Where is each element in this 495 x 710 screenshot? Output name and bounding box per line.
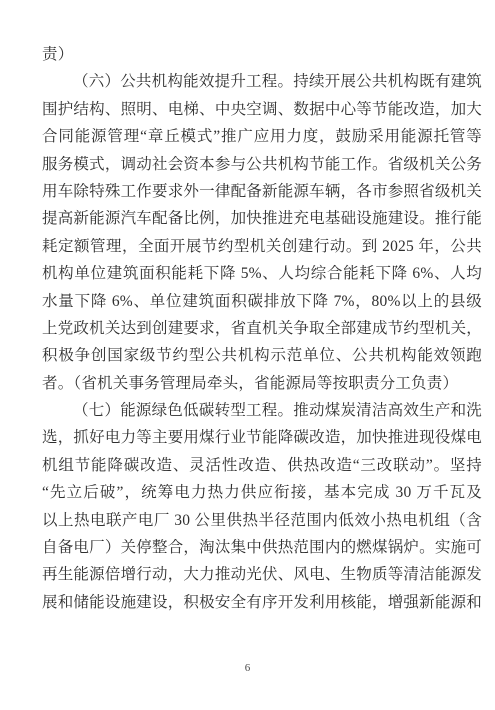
doc-line: 以上热电联产电厂 30 公里供热半径范围内低效小热电机组（含	[42, 507, 482, 534]
doc-line: 责）	[42, 41, 482, 68]
doc-line: 展和储能设施建设，积极安全有序开发利用核能，增强新能源和	[42, 589, 482, 616]
doc-line: 服务模式，调动社会资本参与公共机构节能工作。省级机关公务	[42, 151, 482, 178]
doc-line: “先立后破”，统筹电力热力供应衔接，基本完成 30 万千瓦及	[42, 479, 482, 506]
doc-line: 合同能源管理“章丘模式”推广应用力度，鼓励采用能源托管等	[42, 123, 482, 150]
doc-line: （七）能源绿色低碳转型工程。推动煤炭清洁高效生产和洗	[42, 397, 482, 424]
doc-line: 耗定额管理，全面开展节约型机关创建行动。到 2025 年，公共	[42, 233, 482, 260]
doc-line: 积极争创国家级节约型公共机构示范单位、公共机构能效领跑	[42, 342, 482, 369]
doc-line: 选，抓好电力等主要用煤行业节能降碳改造，加快推进现役煤电	[42, 424, 482, 451]
doc-line: 再生能源倍增行动，大力推动光伏、风电、生物质等清洁能源发	[42, 561, 482, 588]
doc-line: 机组节能降碳改造、灵活性改造、供热改造“三改联动”。坚持	[42, 452, 482, 479]
doc-line: 者。（省机关事务管理局牵头，省能源局等按职责分工负责）	[42, 370, 482, 397]
doc-line: 提高新能源汽车配备比例，加快推进充电基础设施建设。推行能	[42, 205, 482, 232]
document-body: 责）（六）公共机构能效提升工程。持续开展公共机构既有建筑围护结构、照明、电梯、中…	[42, 41, 482, 616]
page-number: 6	[0, 662, 495, 674]
document-page: 责）（六）公共机构能效提升工程。持续开展公共机构既有建筑围护结构、照明、电梯、中…	[0, 0, 495, 710]
doc-line: 上党政机关达到创建要求，省直机关争取全部建成节约型机关，	[42, 315, 482, 342]
doc-line: 自备电厂）关停整合，淘汰集中供热范围内的燃煤锅炉。实施可	[42, 534, 482, 561]
doc-line: 机构单位建筑面积能耗下降 5%、人均综合能耗下降 6%、人均用	[42, 260, 482, 287]
doc-line: 用车除特殊工作要求外一律配备新能源车辆，各市参照省级机关	[42, 178, 482, 205]
doc-line: （六）公共机构能效提升工程。持续开展公共机构既有建筑	[42, 68, 482, 95]
doc-line: 围护结构、照明、电梯、中央空调、数据中心等节能改造，加大	[42, 96, 482, 123]
doc-line: 水量下降 6%、单位建筑面积碳排放下降 7%，80%以上的县级及以	[42, 288, 482, 315]
